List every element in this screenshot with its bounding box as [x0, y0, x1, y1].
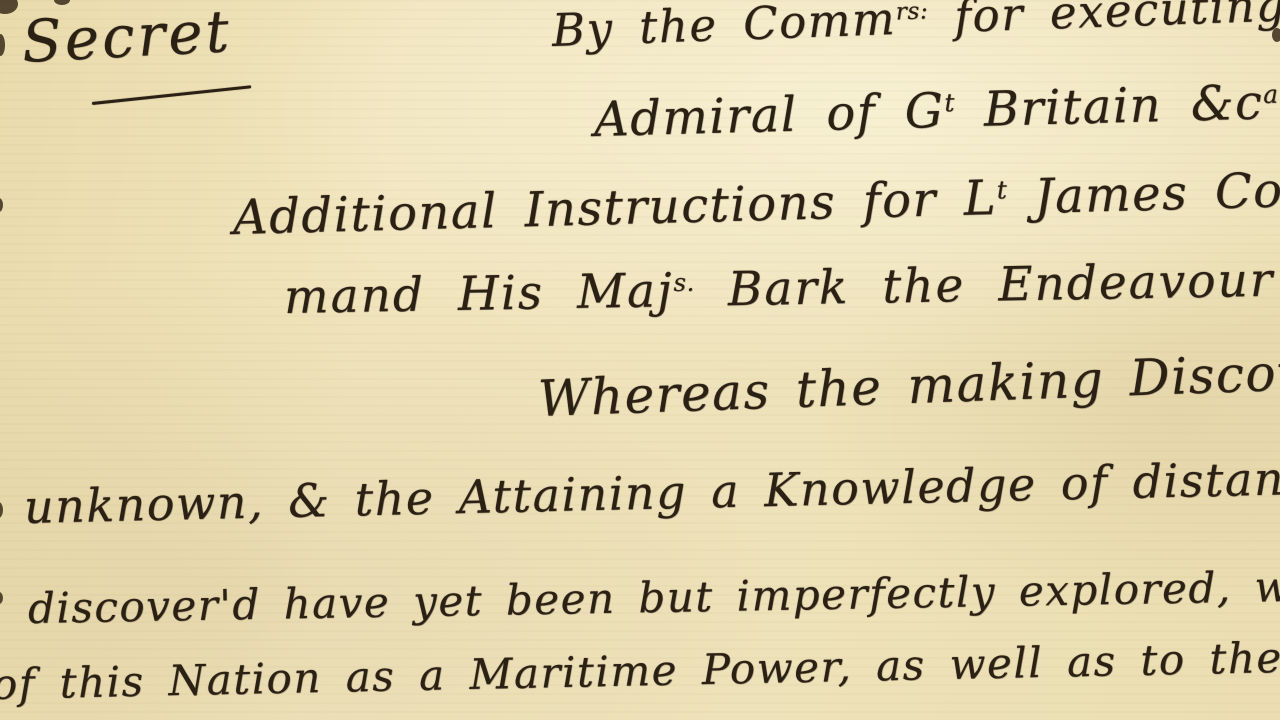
secret-underline	[92, 85, 251, 105]
line-unknown: unknown, & the Attaining a Knowledge of …	[23, 447, 1280, 534]
line-admiral-superscript-2: a	[1263, 80, 1279, 109]
line-admiral: Admiral of Gt Britain &ca	[593, 74, 1279, 148]
line-admiral-mid: Britain &c	[954, 74, 1264, 138]
line-commissioners: By the Commrs: for executing	[551, 0, 1280, 57]
line-admiral-pre: Admiral of G	[593, 83, 945, 148]
ink-speck	[1272, 28, 1280, 42]
line-command-superscript: s.	[673, 268, 695, 297]
ink-speck	[0, 502, 3, 518]
line-command: mand His Majs. Bark the Endeavour	[284, 253, 1275, 325]
line-command-post: Bark the Endeavour	[694, 253, 1274, 318]
line-commissioners-post: for executing	[928, 0, 1280, 44]
line-instructions: Additional Instructions for Lt James Co	[232, 163, 1280, 246]
ink-speck	[0, 198, 3, 212]
line-nation: of this Nation as a Maritime Power, as w…	[0, 629, 1280, 709]
line-whereas: Whereas the making Discoverys	[537, 339, 1280, 428]
ink-speck	[54, 0, 70, 5]
secret-label: Secret	[20, 0, 233, 76]
line-instructions-superscript: t	[996, 175, 1007, 204]
line-commissioners-superscript: rs:	[895, 0, 929, 25]
line-command-pre: mand His Maj	[284, 263, 675, 325]
ink-speck	[0, 0, 18, 14]
line-instructions-pre: Additional Instructions for L	[232, 170, 997, 246]
ink-speck	[0, 592, 3, 604]
line-commissioners-pre: By the Comm	[551, 0, 897, 57]
line-discovered: discover'd have yet been but imperfectly…	[28, 558, 1280, 633]
manuscript-page: Secret By the Commrs: for executing Admi…	[0, 0, 1280, 720]
ink-speck	[0, 34, 5, 56]
line-instructions-post: James Co	[1007, 163, 1280, 226]
